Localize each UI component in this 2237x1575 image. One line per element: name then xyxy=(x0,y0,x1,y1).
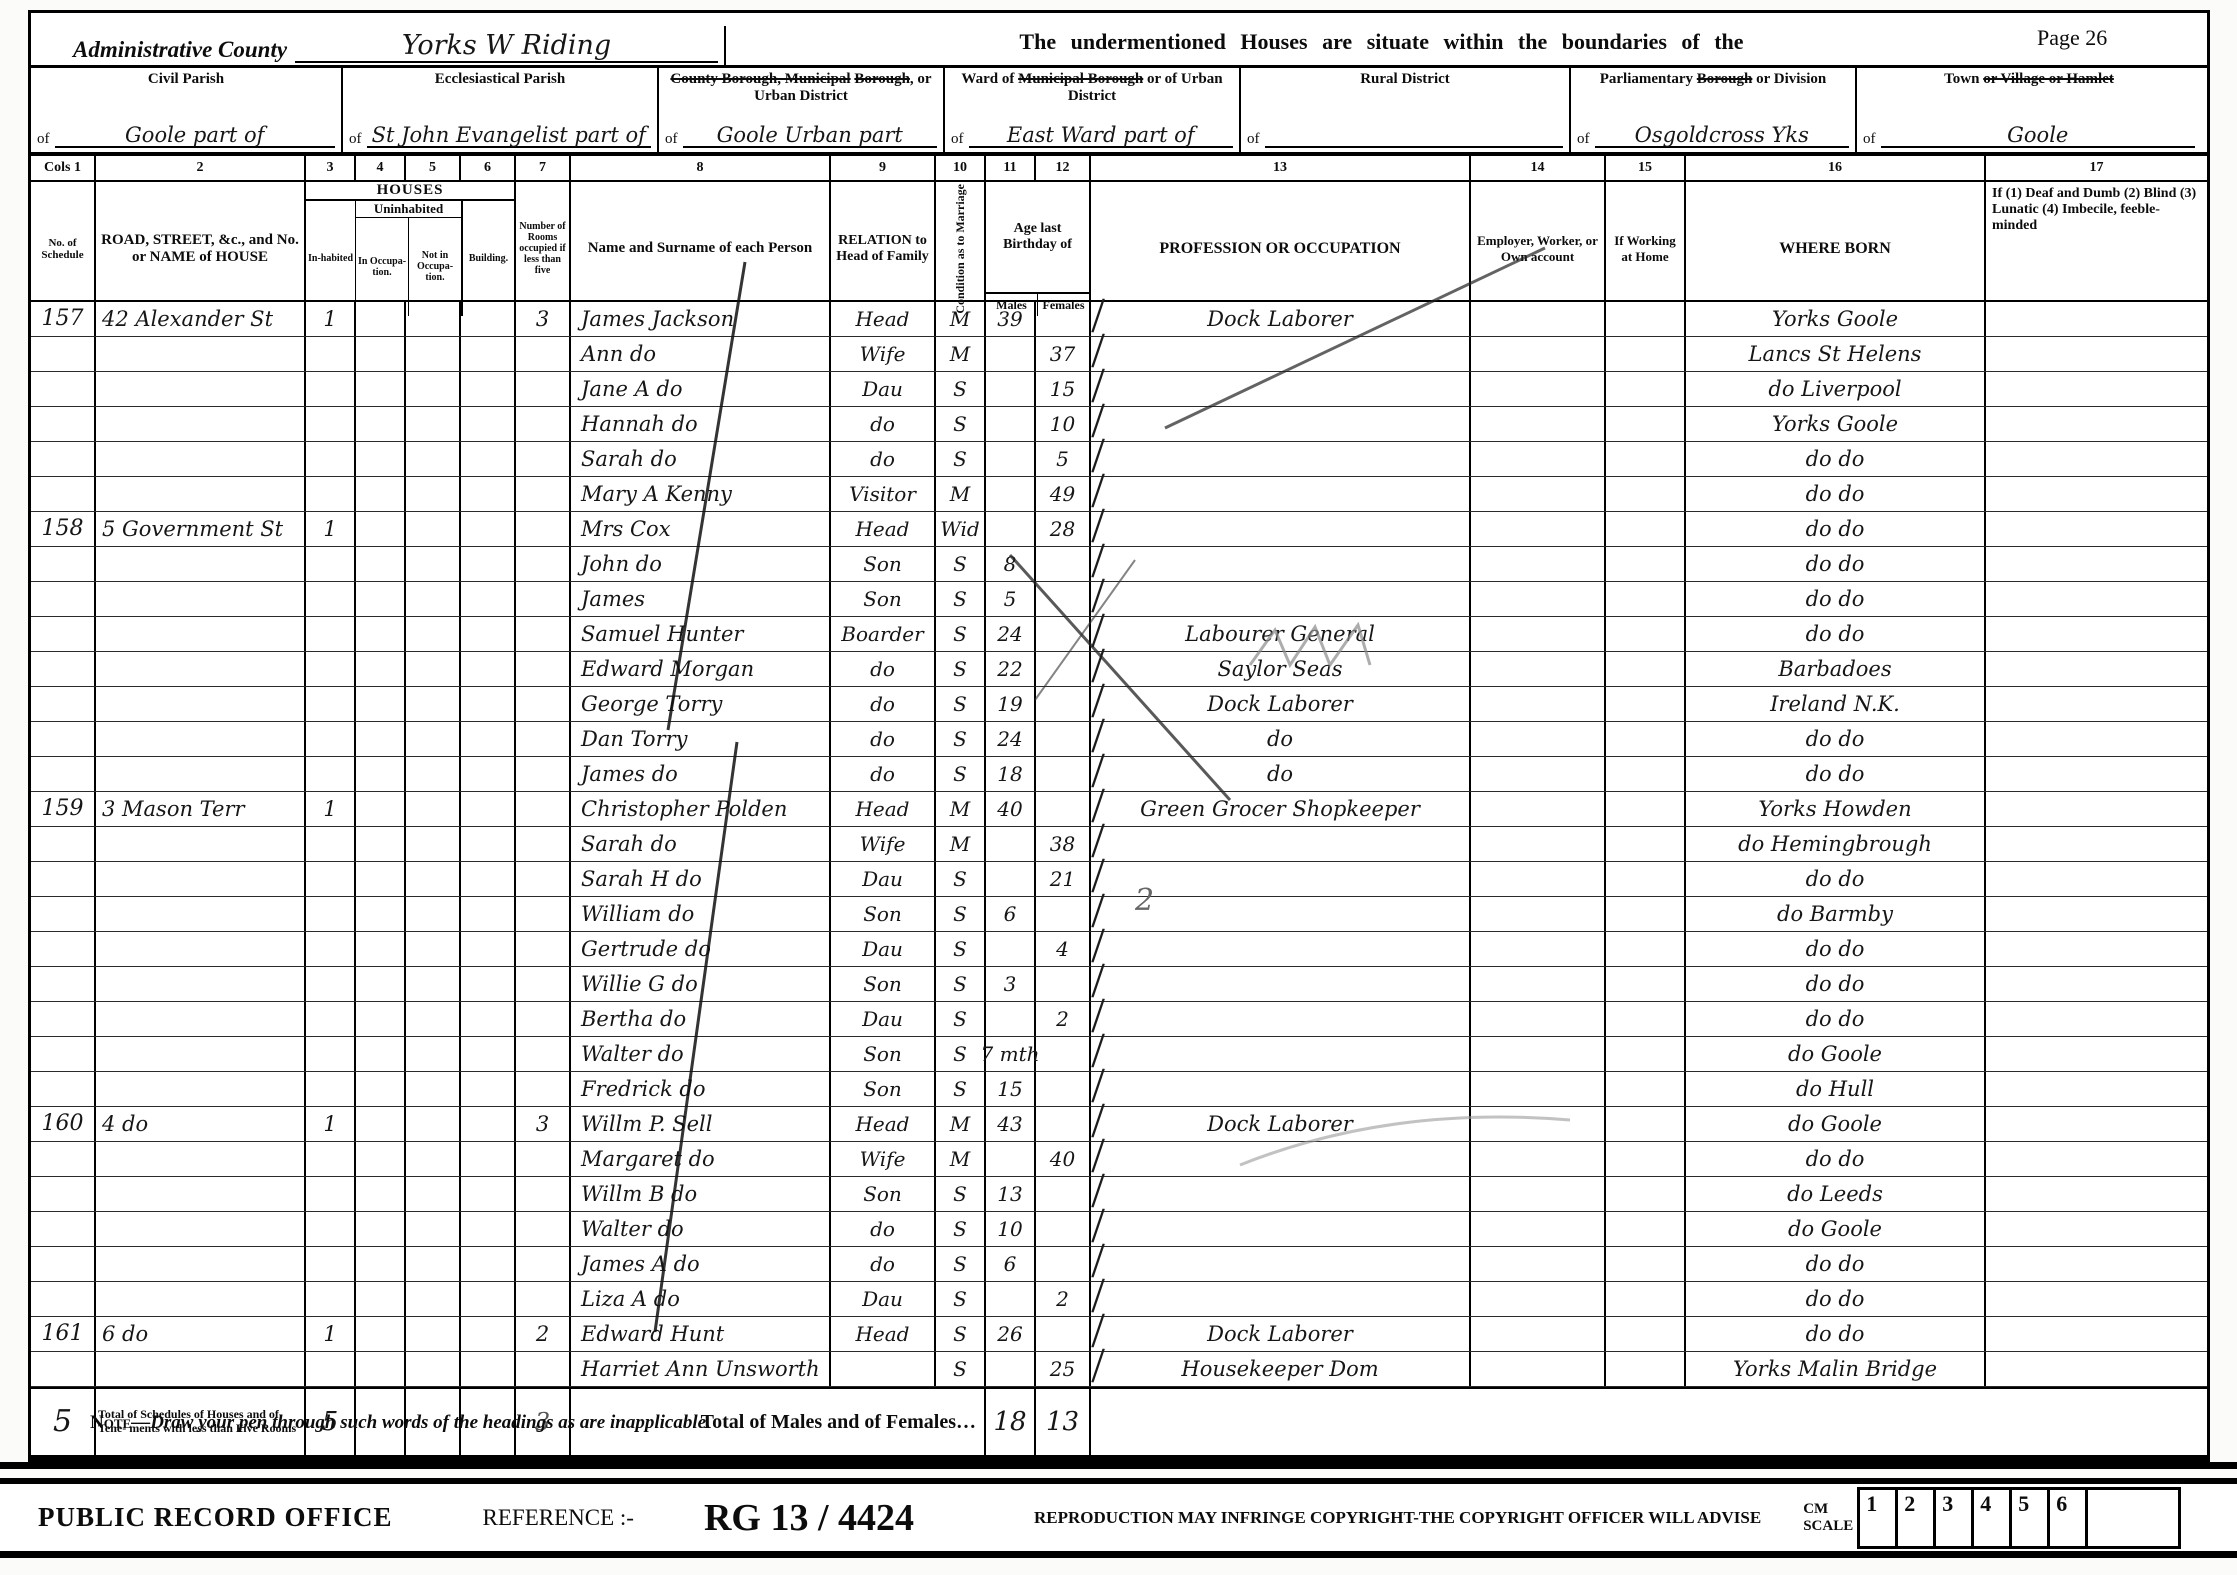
cell-building xyxy=(461,1212,516,1246)
cell-relation: do xyxy=(831,1247,936,1281)
cell-employer xyxy=(1471,827,1606,861)
district-fields-band: Civil ParishofGoole part ofEcclesiastica… xyxy=(31,68,2207,156)
cell-employer xyxy=(1471,1072,1606,1106)
cell-relation: Head xyxy=(831,1317,936,1351)
cell-age-male: 24 xyxy=(986,617,1036,651)
pro-copyright-warning: REPRODUCTION MAY INFRINGE COPYRIGHT-THE … xyxy=(1034,1508,1761,1528)
cell-occupation: / xyxy=(1091,372,1471,406)
cell-employer xyxy=(1471,512,1606,546)
cell-building xyxy=(461,582,516,616)
cell-age-male: 15 xyxy=(986,1072,1036,1106)
cell-born: do do xyxy=(1686,1142,1986,1176)
cell-occupation: / xyxy=(1091,1072,1471,1106)
cell-occupation: / xyxy=(1091,547,1471,581)
cell-inhabited: 1 xyxy=(306,512,356,546)
cell-building xyxy=(461,1317,516,1351)
district-field-6: Town or Village or HamletofGoole xyxy=(1857,68,2201,152)
cell-address: 42 Alexander St xyxy=(96,302,306,336)
cell-rooms xyxy=(516,442,571,476)
cell-working-home xyxy=(1606,1282,1686,1316)
cell-employer xyxy=(1471,687,1606,721)
cell-born: Lancs St Helens xyxy=(1686,337,1986,371)
cell-age-male xyxy=(986,477,1036,511)
cell-occupation: Housekeeper Dom/ xyxy=(1091,1352,1471,1386)
cell-uninhabited-occ xyxy=(356,1212,406,1246)
cell-employer xyxy=(1471,1247,1606,1281)
cell-relation: Visitor xyxy=(831,477,936,511)
cell-age-female: 4 xyxy=(1036,932,1091,966)
cell-employer xyxy=(1471,792,1606,826)
cell-employer xyxy=(1471,1037,1606,1071)
cell-uninhabited-occ xyxy=(356,1352,406,1386)
cell-name: John do xyxy=(571,547,831,581)
col-number-11: 11 xyxy=(986,156,1036,180)
cell-uninhabited-occ xyxy=(356,792,406,826)
cell-born: Yorks Malin Bridge xyxy=(1686,1352,1986,1386)
cell-schedule xyxy=(31,722,96,756)
cell-relation: Dau xyxy=(831,1282,936,1316)
cell-employer xyxy=(1471,722,1606,756)
person-row-15: 1593 Mason Terr1Christopher PoldenHeadM4… xyxy=(31,792,2207,827)
cm-tick-2: 2 xyxy=(1898,1490,1936,1546)
cell-born: do do xyxy=(1686,1002,1986,1036)
cell-born: do Liverpool xyxy=(1686,372,1986,406)
cell-name: James xyxy=(571,582,831,616)
col-number-16: 16 xyxy=(1686,156,1986,180)
cell-working-home xyxy=(1606,1247,1686,1281)
cell-occupation: / xyxy=(1091,1037,1471,1071)
cell-born: do do xyxy=(1686,617,1986,651)
cell-condition: S xyxy=(936,617,986,651)
cell-rooms xyxy=(516,617,571,651)
cell-working-home xyxy=(1606,1142,1686,1176)
cell-uninhabited-notocc xyxy=(406,1072,461,1106)
cell-condition: S xyxy=(936,722,986,756)
cell-name: Walter do xyxy=(571,1037,831,1071)
cell-occupation: / xyxy=(1091,512,1471,546)
person-row-17: Sarah H doDauS21/do do xyxy=(31,862,2207,897)
cell-inhabited xyxy=(306,1037,356,1071)
person-row-26: Willm B doSonS13/do Leeds xyxy=(31,1177,2207,1212)
cell-uninhabited-notocc xyxy=(406,827,461,861)
cell-address xyxy=(96,1282,306,1316)
cell-schedule: 161 xyxy=(31,1317,96,1351)
cell-employer xyxy=(1471,897,1606,931)
header-age-group: Age last Birthday of Males Females xyxy=(986,182,1091,316)
form-statement: The undermentioned Houses are situate wi… xyxy=(726,29,2037,65)
cell-uninhabited-occ xyxy=(356,1072,406,1106)
header-uninhabited-title: Uninhabited xyxy=(356,201,461,218)
cell-inhabited xyxy=(306,337,356,371)
cell-inhabited xyxy=(306,1177,356,1211)
cell-condition: S xyxy=(936,757,986,791)
cell-inhabited xyxy=(306,617,356,651)
cell-name: Bertha do xyxy=(571,1002,831,1036)
cell-rooms xyxy=(516,372,571,406)
cell-uninhabited-notocc xyxy=(406,477,461,511)
cell-schedule xyxy=(31,897,96,931)
cell-uninhabited-occ xyxy=(356,932,406,966)
totals-empty-right xyxy=(1091,1389,2207,1455)
header-not-in-occupation: Not in Occupa-tion. xyxy=(409,218,461,316)
cell-uninhabited-notocc xyxy=(406,652,461,686)
cell-building xyxy=(461,897,516,931)
form-note: Note—Draw your pen through such words of… xyxy=(90,1412,711,1434)
form-top-band: Administrative County Yorks W Riding The… xyxy=(31,13,2207,68)
cell-uninhabited-occ xyxy=(356,1247,406,1281)
cell-address xyxy=(96,617,306,651)
cell-inhabited xyxy=(306,757,356,791)
person-row-16: Sarah doWifeM38/do Hemingbrough xyxy=(31,827,2207,862)
header-working-at-home: If Working at Home xyxy=(1606,182,1686,316)
cell-uninhabited-occ xyxy=(356,337,406,371)
cell-age-female xyxy=(1036,617,1091,651)
cell-condition: S xyxy=(936,1177,986,1211)
cell-age-male: 6 xyxy=(986,897,1036,931)
district-field-label: Town or Village or Hamlet xyxy=(1863,71,2195,88)
district-field-label: Parliamentary Borough or Division xyxy=(1577,71,1849,88)
cell-working-home xyxy=(1606,337,1686,371)
cell-born: Yorks Howden xyxy=(1686,792,1986,826)
cell-name: Walter do xyxy=(571,1212,831,1246)
cell-infirmity xyxy=(1986,477,2207,511)
cell-name: Dan Torry xyxy=(571,722,831,756)
cell-condition: S xyxy=(936,1317,986,1351)
person-row-20: Willie G doSonS3/do do xyxy=(31,967,2207,1002)
census-form: Administrative County Yorks W Riding The… xyxy=(28,10,2210,1462)
cell-address xyxy=(96,582,306,616)
cell-schedule xyxy=(31,1247,96,1281)
cell-uninhabited-notocc xyxy=(406,1142,461,1176)
district-field-value: ofGoole part of xyxy=(37,125,335,150)
person-row-31: Harriet Ann UnsworthS25Housekeeper Dom/Y… xyxy=(31,1352,2207,1387)
cell-age-female xyxy=(1036,547,1091,581)
cell-inhabited xyxy=(306,932,356,966)
cell-uninhabited-occ xyxy=(356,1282,406,1316)
cell-address xyxy=(96,967,306,1001)
cell-working-home xyxy=(1606,1352,1686,1386)
cell-rooms xyxy=(516,547,571,581)
cell-inhabited xyxy=(306,1352,356,1386)
col-number-9: 9 xyxy=(831,156,936,180)
cell-uninhabited-occ xyxy=(356,1107,406,1141)
cell-age-male xyxy=(986,1352,1036,1386)
cell-name: William do xyxy=(571,897,831,931)
cell-uninhabited-notocc xyxy=(406,932,461,966)
cell-working-home xyxy=(1606,792,1686,826)
cell-rooms xyxy=(516,477,571,511)
person-row-2: Ann doWifeM37/Lancs St Helens xyxy=(31,337,2207,372)
cell-employer xyxy=(1471,582,1606,616)
cell-condition: S xyxy=(936,862,986,896)
cell-rooms xyxy=(516,967,571,1001)
cell-building xyxy=(461,337,516,371)
cell-address xyxy=(96,1212,306,1246)
cell-rooms xyxy=(516,1212,571,1246)
cell-employer xyxy=(1471,617,1606,651)
header-uninhabited-group: Uninhabited In Occupa-tion. Not in Occup… xyxy=(356,201,462,316)
cell-relation: Son xyxy=(831,547,936,581)
district-field-2: County Borough, Municipal Borough, or Ur… xyxy=(659,68,945,152)
cell-infirmity xyxy=(1986,617,2207,651)
col-number-17: 17 xyxy=(1986,156,2207,180)
cell-age-male xyxy=(986,407,1036,441)
cell-relation: do xyxy=(831,1212,936,1246)
cell-uninhabited-notocc xyxy=(406,442,461,476)
cell-condition: S xyxy=(936,652,986,686)
cell-employer xyxy=(1471,1282,1606,1316)
cell-working-home xyxy=(1606,372,1686,406)
person-row-11: Edward MorgandoS22Saylor Seas/Barbadoes xyxy=(31,652,2207,687)
cell-uninhabited-occ xyxy=(356,722,406,756)
cell-uninhabited-occ xyxy=(356,582,406,616)
cell-name: Edward Hunt xyxy=(571,1317,831,1351)
cell-age-female xyxy=(1036,1247,1091,1281)
cell-born: do do xyxy=(1686,1282,1986,1316)
cell-name: Christopher Polden xyxy=(571,792,831,826)
cell-infirmity xyxy=(1986,652,2207,686)
cell-schedule xyxy=(31,862,96,896)
cell-name: Sarah do xyxy=(571,827,831,861)
pro-office-label: PUBLIC RECORD OFFICE xyxy=(38,1502,393,1533)
cell-relation: Son xyxy=(831,1037,936,1071)
cell-uninhabited-notocc xyxy=(406,862,461,896)
cell-age-male xyxy=(986,1282,1036,1316)
col-number-8: 8 xyxy=(571,156,831,180)
cell-relation: Wife xyxy=(831,1142,936,1176)
cell-working-home xyxy=(1606,477,1686,511)
cell-employer xyxy=(1471,547,1606,581)
cell-infirmity xyxy=(1986,1142,2207,1176)
cell-age-male xyxy=(986,337,1036,371)
cell-uninhabited-notocc xyxy=(406,617,461,651)
cell-age-male xyxy=(986,862,1036,896)
cell-age-female: 40 xyxy=(1036,1142,1091,1176)
person-row-1: 15742 Alexander St13James JacksonHeadM39… xyxy=(31,302,2207,337)
cell-relation: Dau xyxy=(831,372,936,406)
cell-inhabited xyxy=(306,442,356,476)
cell-infirmity xyxy=(1986,512,2207,546)
district-field-5: Parliamentary Borough or DivisionofOsgol… xyxy=(1571,68,1857,152)
cell-occupation: / xyxy=(1091,1002,1471,1036)
cell-occupation: / xyxy=(1091,1247,1471,1281)
cm-tick-5: 5 xyxy=(2012,1490,2050,1546)
cell-name: Hannah do xyxy=(571,407,831,441)
cell-address xyxy=(96,1177,306,1211)
cell-name: Willie G do xyxy=(571,967,831,1001)
cell-age-female xyxy=(1036,1212,1091,1246)
cell-name: Liza A do xyxy=(571,1282,831,1316)
cell-age-male: 18 xyxy=(986,757,1036,791)
cell-condition: S xyxy=(936,1247,986,1281)
cell-schedule: 158 xyxy=(31,512,96,546)
cell-born: do do xyxy=(1686,862,1986,896)
cell-age-male: 8 xyxy=(986,547,1036,581)
person-row-10: Samuel HunterBoarderS24Labourer General/… xyxy=(31,617,2207,652)
table-header-row: No. of Schedule ROAD, STREET, &c., and N… xyxy=(31,182,2207,302)
cell-uninhabited-occ xyxy=(356,967,406,1001)
cell-uninhabited-occ xyxy=(356,547,406,581)
cell-working-home xyxy=(1606,1177,1686,1211)
cell-working-home xyxy=(1606,1212,1686,1246)
cell-age-male: 13 xyxy=(986,1177,1036,1211)
cell-inhabited xyxy=(306,1142,356,1176)
cell-born: do do xyxy=(1686,757,1986,791)
totals-males: 18 xyxy=(986,1389,1036,1455)
cell-occupation: do/ xyxy=(1091,757,1471,791)
cell-schedule xyxy=(31,1177,96,1211)
cell-rooms xyxy=(516,897,571,931)
cell-schedule xyxy=(31,1212,96,1246)
cell-age-female: 2 xyxy=(1036,1002,1091,1036)
cell-building xyxy=(461,407,516,441)
cell-name: Gertrude do xyxy=(571,932,831,966)
cell-infirmity xyxy=(1986,687,2207,721)
cell-uninhabited-occ xyxy=(356,617,406,651)
cell-age-male xyxy=(986,932,1036,966)
cell-inhabited xyxy=(306,547,356,581)
cell-working-home xyxy=(1606,582,1686,616)
cell-relation: do xyxy=(831,757,936,791)
col-number-2: 2 xyxy=(96,156,306,180)
person-row-9: JamesSonS5/do do xyxy=(31,582,2207,617)
cell-inhabited xyxy=(306,1212,356,1246)
cell-address xyxy=(96,1037,306,1071)
cell-born: do do xyxy=(1686,477,1986,511)
cell-age-male xyxy=(986,827,1036,861)
cell-working-home xyxy=(1606,512,1686,546)
cell-relation xyxy=(831,1352,936,1386)
cell-schedule xyxy=(31,407,96,441)
cell-inhabited xyxy=(306,1002,356,1036)
cell-relation: Head xyxy=(831,792,936,826)
cell-working-home xyxy=(1606,897,1686,931)
cell-schedule: 157 xyxy=(31,302,96,336)
cell-schedule xyxy=(31,827,96,861)
cell-inhabited xyxy=(306,967,356,1001)
cell-age-male: 39 xyxy=(986,302,1036,336)
cell-uninhabited-notocc xyxy=(406,757,461,791)
cell-occupation: / xyxy=(1091,582,1471,616)
cell-uninhabited-notocc xyxy=(406,722,461,756)
cell-age-female xyxy=(1036,1072,1091,1106)
cell-age-male xyxy=(986,372,1036,406)
cell-building xyxy=(461,792,516,826)
cell-working-home xyxy=(1606,1317,1686,1351)
cell-uninhabited-notocc xyxy=(406,1212,461,1246)
person-row-27: Walter dodoS10/do Goole xyxy=(31,1212,2207,1247)
cell-age-female: 38 xyxy=(1036,827,1091,861)
pro-reference-label: REFERENCE :- xyxy=(483,1505,634,1531)
cell-age-male: 22 xyxy=(986,652,1036,686)
cell-uninhabited-notocc xyxy=(406,967,461,1001)
cell-schedule xyxy=(31,1072,96,1106)
cm-scale: CM SCALE 123456 xyxy=(1803,1487,2181,1549)
cell-name: James A do xyxy=(571,1247,831,1281)
cell-born: do Goole xyxy=(1686,1107,1986,1141)
cell-inhabited xyxy=(306,687,356,721)
cell-born: do Leeds xyxy=(1686,1177,1986,1211)
cell-building xyxy=(461,932,516,966)
cell-condition: S xyxy=(936,1282,986,1316)
cell-condition: M xyxy=(936,302,986,336)
cell-infirmity xyxy=(1986,967,2207,1001)
person-row-19: Gertrude doDauS4/do do xyxy=(31,932,2207,967)
cell-age-female: 5 xyxy=(1036,442,1091,476)
cell-schedule: 160 xyxy=(31,1107,96,1141)
cm-tick-6: 6 xyxy=(2050,1490,2088,1546)
cell-rooms xyxy=(516,1282,571,1316)
cell-uninhabited-occ xyxy=(356,407,406,441)
cell-building xyxy=(461,1177,516,1211)
cell-name: James do xyxy=(571,757,831,791)
cell-employer xyxy=(1471,1002,1606,1036)
cell-rooms xyxy=(516,582,571,616)
cell-infirmity xyxy=(1986,1282,2207,1316)
cell-born: do do xyxy=(1686,932,1986,966)
cell-age-female xyxy=(1036,792,1091,826)
cell-age-female xyxy=(1036,897,1091,931)
header-schedule: No. of Schedule xyxy=(31,182,96,316)
cell-born: do do xyxy=(1686,442,1986,476)
cell-address xyxy=(96,1002,306,1036)
cell-schedule xyxy=(31,1002,96,1036)
cell-infirmity xyxy=(1986,827,2207,861)
cell-employer xyxy=(1471,407,1606,441)
cell-address xyxy=(96,477,306,511)
cell-infirmity xyxy=(1986,302,2207,336)
cell-schedule xyxy=(31,1282,96,1316)
cell-uninhabited-occ xyxy=(356,302,406,336)
cell-employer xyxy=(1471,967,1606,1001)
cell-building xyxy=(461,1247,516,1281)
cell-age-female: 21 xyxy=(1036,862,1091,896)
cell-schedule xyxy=(31,932,96,966)
cell-uninhabited-occ xyxy=(356,512,406,546)
cell-building xyxy=(461,302,516,336)
district-field-0: Civil ParishofGoole part of xyxy=(31,68,343,152)
cell-relation: do xyxy=(831,687,936,721)
cell-employer xyxy=(1471,442,1606,476)
cell-address xyxy=(96,407,306,441)
col-number-10: 10 xyxy=(936,156,986,180)
district-field-label: Ward of Municipal Borough or of Urban Di… xyxy=(951,71,1233,106)
cell-address xyxy=(96,757,306,791)
district-field-label: Ecclesiastical Parish xyxy=(349,71,651,88)
cell-building xyxy=(461,372,516,406)
column-numbers-row: Cols 1234567891011121314151617 xyxy=(31,156,2207,182)
cell-infirmity xyxy=(1986,337,2207,371)
cell-born: do Hemingbrough xyxy=(1686,827,1986,861)
cell-condition: S xyxy=(936,1072,986,1106)
cell-infirmity xyxy=(1986,1002,2207,1036)
cell-condition: S xyxy=(936,582,986,616)
cell-uninhabited-occ xyxy=(356,827,406,861)
cell-infirmity xyxy=(1986,372,2207,406)
person-row-3: Jane A doDauS15/do Liverpool xyxy=(31,372,2207,407)
cell-uninhabited-occ xyxy=(356,1177,406,1211)
person-row-29: Liza A doDauS2/do do xyxy=(31,1282,2207,1317)
cell-working-home xyxy=(1606,862,1686,896)
cell-address xyxy=(96,372,306,406)
header-rooms: Number of Rooms occupied if less than fi… xyxy=(516,182,571,316)
cell-uninhabited-notocc xyxy=(406,547,461,581)
cell-infirmity xyxy=(1986,792,2207,826)
cell-condition: S xyxy=(936,1212,986,1246)
cell-age-female xyxy=(1036,1177,1091,1211)
cell-relation: Dau xyxy=(831,862,936,896)
district-field-value: ofSt John Evangelist part of xyxy=(349,125,651,150)
